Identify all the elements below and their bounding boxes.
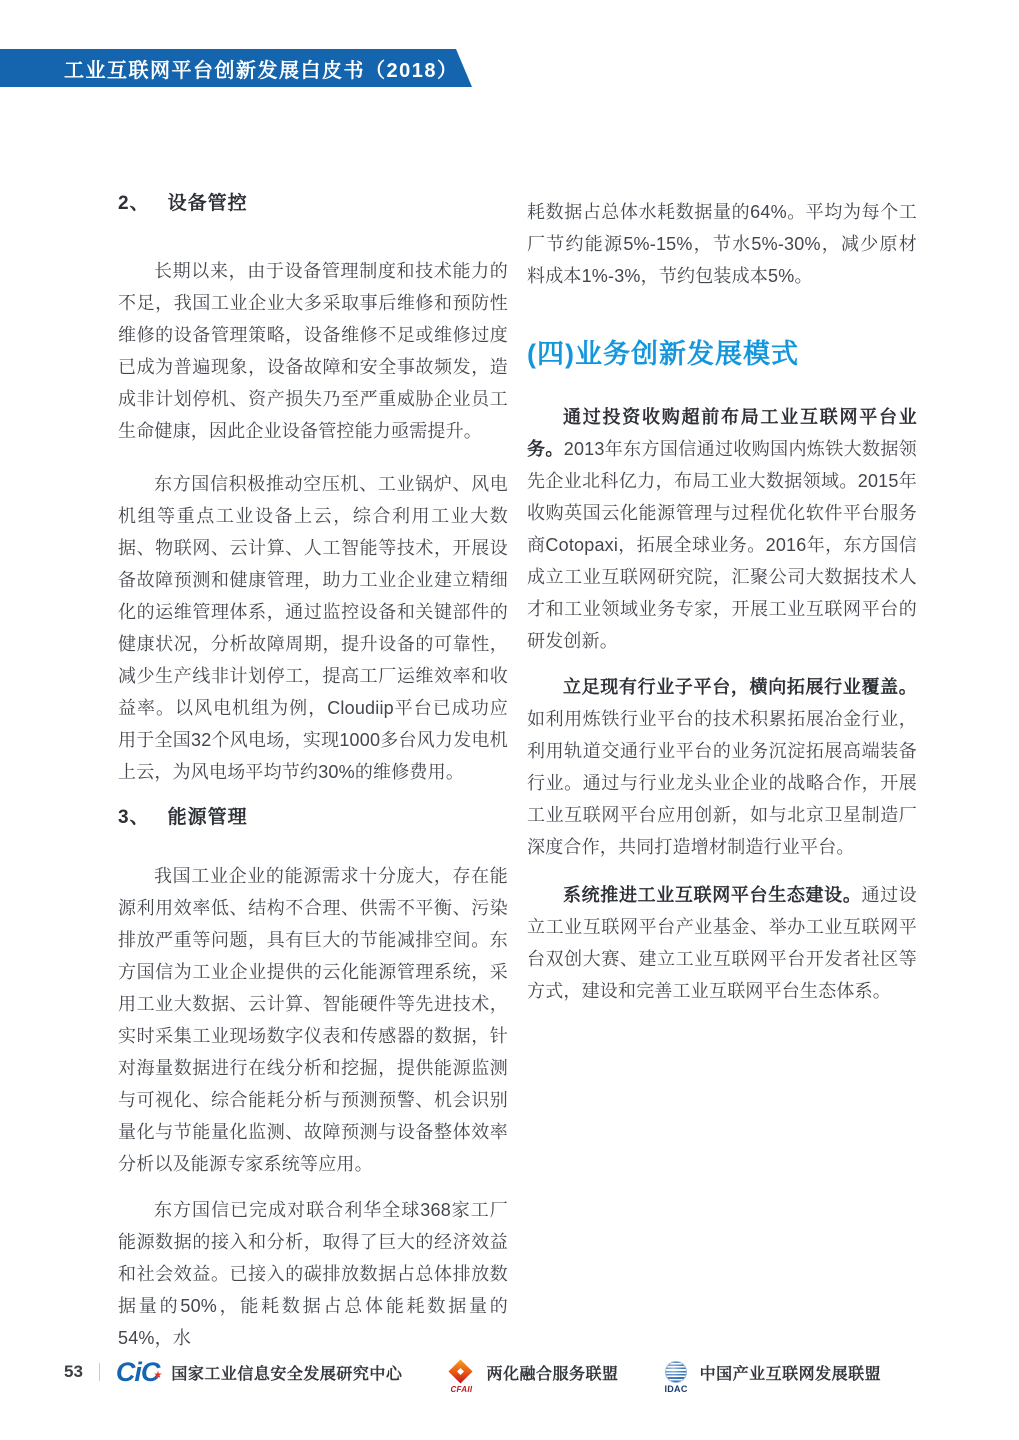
paragraph: 通过投资收购超前布局工业互联网平台业务。2013年东方国信通过收购国内炼铁大数据…: [527, 401, 917, 657]
paragraph-text: 如利用炼铁行业平台的技术积累拓展冶金行业，利用轨道交通行业平台的业务沉淀拓展高端…: [527, 709, 917, 857]
paragraph-lead: 系统推进工业互联网平台生态建设。: [563, 885, 861, 905]
document-title: 工业互联网平台创新发展白皮书（2018）: [0, 54, 459, 83]
paragraph: 立足现有行业子平台，横向拓展行业覆盖。如利用炼铁行业平台的技术积累拓展冶金行业，…: [527, 671, 917, 863]
paragraph: 我国工业企业的能源需求十分庞大，存在能源利用效率低、结构不合理、供需不平衡、污染…: [118, 860, 508, 1180]
cfaii-logo-label: CFAII: [450, 1385, 472, 1394]
idac-globe-icon: [665, 1361, 687, 1383]
section-heading-equipment: 2、设备管控: [118, 188, 508, 215]
cfaii-diamond-icon: [448, 1360, 474, 1384]
cfaii-logo: CFAII: [448, 1360, 474, 1394]
org-cfaii: CFAII 两化融合服务联盟: [448, 1355, 618, 1389]
idac-logo: IDAC: [664, 1361, 687, 1394]
paragraph-text: 2013年东方国信通过收购国内炼铁大数据领先企业北科亿力，布局工业大数据领域。2…: [527, 439, 917, 651]
footer-divider: [99, 1363, 100, 1381]
org-idac: IDAC 中国产业互联网发展联盟: [664, 1356, 881, 1389]
page-number: 53: [64, 1362, 83, 1382]
org-cic-name: 国家工业信息安全发展研究中心: [171, 1361, 402, 1384]
continuation-paragraph: 耗数据占总体水耗数据量的64%。平均为每个工厂节约能源5%-15%，节水5%-3…: [527, 196, 917, 292]
paragraph: 长期以来，由于设备管理制度和技术能力的不足，我国工业企业大多采取事后维修和预防性…: [118, 255, 508, 447]
section-title: 设备管控: [168, 193, 248, 214]
section-title: 能源管理: [168, 807, 248, 828]
left-column: 2、设备管控 长期以来，由于设备管理制度和技术能力的不足，我国工业企业大多采取事…: [118, 188, 508, 1354]
header-banner: 工业互联网平台创新发展白皮书（2018）: [0, 49, 472, 87]
page-footer: 53 CiC★ 国家工业信息安全发展研究中心 CFAII 两化融合服务联盟 ID…: [64, 1346, 974, 1398]
cic-logo: CiC★: [116, 1359, 160, 1386]
idac-logo-label: IDAC: [664, 1384, 687, 1394]
paragraph: 东方国信积极推动空压机、工业锅炉、风电机组等重点工业设备上云，综合利用工业大数据…: [118, 468, 508, 788]
section-heading-business-model: (四)业务创新发展模式: [527, 332, 917, 371]
org-cic: CiC★ 国家工业信息安全发展研究中心: [116, 1359, 403, 1386]
org-idac-name: 中国产业互联网发展联盟: [700, 1361, 882, 1384]
paragraph: 系统推进工业互联网平台生态建设。通过设立工业互联网平台产业基金、举办工业互联网平…: [527, 879, 917, 1007]
section-number: 2、: [118, 193, 150, 214]
document-page: 工业互联网平台创新发展白皮书（2018） 2、设备管控 长期以来，由于设备管理制…: [0, 0, 1019, 1440]
org-cfaii-name: 两化融合服务联盟: [486, 1361, 618, 1384]
right-column: 耗数据占总体水耗数据量的64%。平均为每个工厂节约能源5%-15%，节水5%-3…: [527, 196, 917, 1007]
paragraph: 东方国信已完成对联合利华全球368家工厂能源数据的接入和分析，取得了巨大的经济效…: [118, 1194, 508, 1354]
section-heading-energy: 3、能源管理: [118, 802, 508, 829]
cic-star-icon: ★: [153, 1371, 162, 1381]
paragraph-lead: 立足现有行业子平台，横向拓展行业覆盖。: [563, 677, 917, 697]
section-number: 3、: [118, 807, 150, 828]
